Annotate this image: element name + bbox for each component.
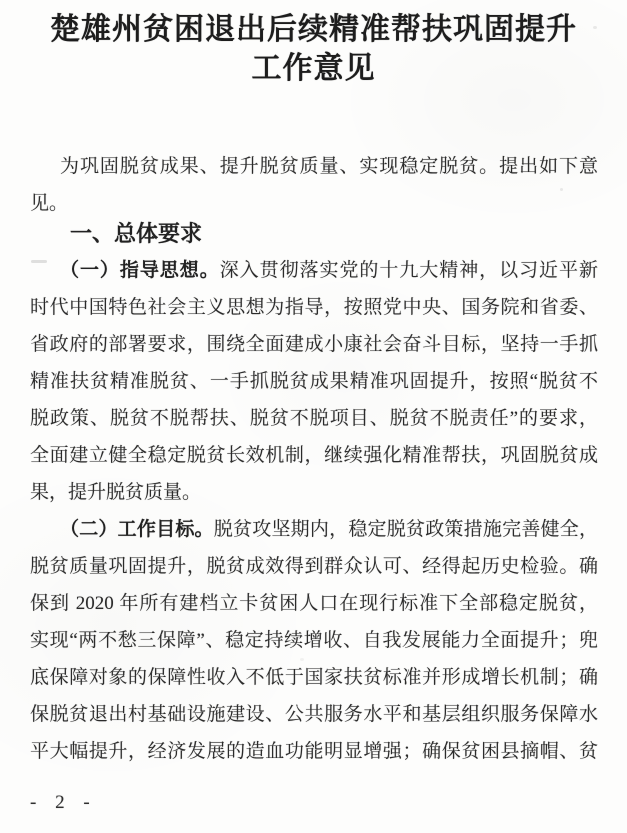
paragraph-line: 脱贫质量巩固提升，脱贫成效得到群众认可、经得起历史检验。确 <box>30 548 598 585</box>
section-heading: 一、总体要求 <box>30 215 598 252</box>
paragraph-line: 底保障对象的保障性收入不低于国家扶贫标准并形成增长机制；确 <box>30 659 598 696</box>
scan-smudge-artifact <box>31 260 47 263</box>
paragraph-work-goals: （二）工作目标。脱贫攻坚期内，稳定脱贫政策措施完善健全， 脱贫质量巩固提升，脱贫… <box>30 511 598 770</box>
paragraph-text: 深入贯彻落实党的十九大精神，以习近平新 <box>220 260 598 281</box>
paragraph-line: （二）工作目标。脱贫攻坚期内，稳定脱贫政策措施完善健全， <box>30 511 598 548</box>
paragraph-line: 保脱贫退出村基础设施建设、公共服务水平和基层组织服务保障水 <box>30 696 598 733</box>
paragraph-line: 时代中国特色社会主义思想为指导，按照党中央、国务院和省委、 <box>30 289 598 326</box>
document-title-line-2: 工作意见 <box>0 49 627 88</box>
paragraph-label: （二）工作目标。 <box>60 519 214 540</box>
paragraph-line: 省政府的部署要求，围绕全面建成小康社会奋斗目标，坚持一手抓 <box>30 326 598 363</box>
scan-speck-artifact <box>300 658 304 661</box>
paragraph-line: 实现“两不愁三保障”、稳定持续增收、自我发展能力全面提升；兜 <box>30 622 598 659</box>
paragraph-line: 果，提升脱贫质量。 <box>30 474 598 511</box>
paragraph-line: 精准扶贫精准脱贫、一手抓脱贫成果精准巩固提升，按照“脱贫不 <box>30 363 598 400</box>
scanned-document-page: 楚雄州贫困退出后续精准帮扶巩固提升 工作意见 为巩固脱贫成果、提升脱贫质量、实现… <box>0 0 627 833</box>
scan-speck-artifact <box>560 188 563 191</box>
paragraph-line: 保到 2020 年所有建档立卡贫困人口在现行标准下全部稳定脱贫， <box>30 585 598 622</box>
document-title: 楚雄州贫困退出后续精准帮扶巩固提升 工作意见 <box>0 10 627 88</box>
intro-paragraph: 为巩固脱贫成果、提升脱贫质量、实现稳定脱贫。提出如下意 见。 <box>30 148 598 222</box>
paragraph-text: 脱贫攻坚期内，稳定脱贫政策措施完善健全， <box>214 519 598 540</box>
document-title-line-1: 楚雄州贫困退出后续精准帮扶巩固提升 <box>0 10 627 49</box>
intro-line: 为巩固脱贫成果、提升脱贫质量、实现稳定脱贫。提出如下意 <box>30 148 598 185</box>
paragraph-line: （一）指导思想。深入贯彻落实党的十九大精神，以习近平新 <box>30 252 598 289</box>
paragraph-line: 平大幅提升，经济发展的造血功能明显增强；确保贫困县摘帽、贫 <box>30 733 598 770</box>
page-number: - 2 - <box>30 792 97 814</box>
paragraph-line: 脱政策、脱贫不脱帮扶、脱贫不脱项目、脱贫不脱责任”的要求， <box>30 400 598 437</box>
paragraph-line: 全面建立健全稳定脱贫长效机制，继续强化精准帮扶，巩固脱贫成 <box>30 437 598 474</box>
paragraph-guiding-ideology: （一）指导思想。深入贯彻落实党的十九大精神，以习近平新 时代中国特色社会主义思想… <box>30 252 598 511</box>
scan-speck-artifact <box>593 26 597 29</box>
paragraph-label: （一）指导思想。 <box>60 260 220 281</box>
